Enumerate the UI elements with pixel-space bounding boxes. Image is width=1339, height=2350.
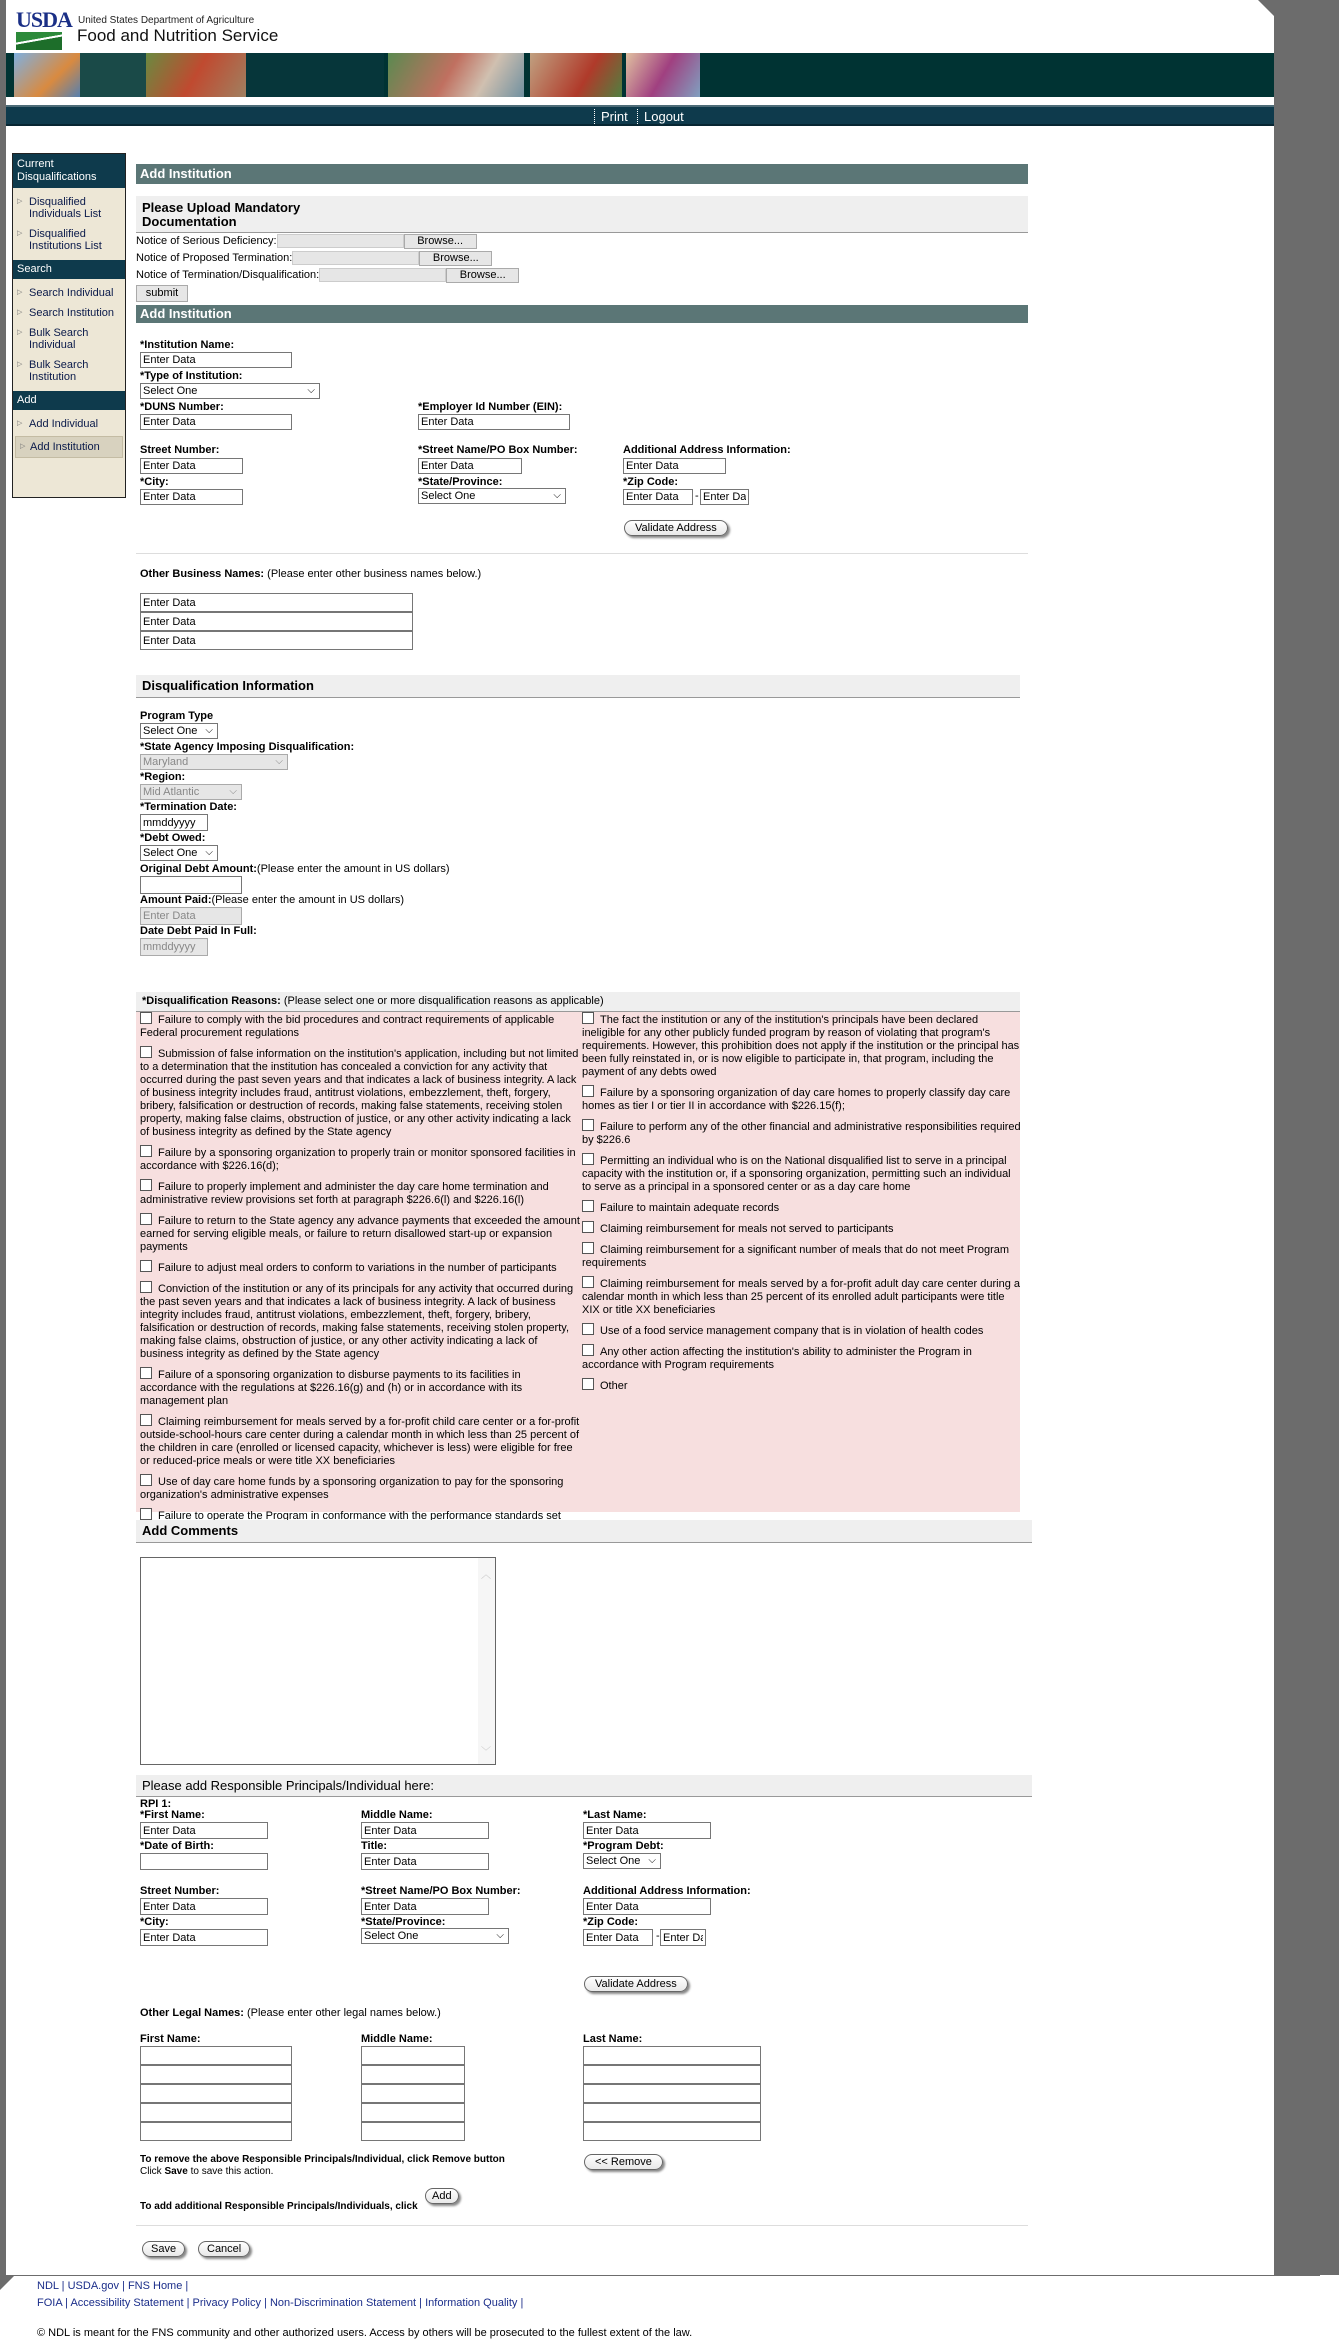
other-business-name-input[interactable] [140,631,413,650]
chevron-down-icon: ⌵ [229,785,237,799]
rpi-additional-address-input[interactable] [583,1898,711,1915]
remove-instruction-text: To remove the above Responsible Principa… [140,2154,505,2166]
legal-middle-name-input[interactable] [361,2084,465,2103]
chevron-down-icon: ⌵ [307,384,315,398]
reason-item: Failure to maintain adequate records [582,1200,1022,1215]
city-input[interactable] [140,489,243,505]
label-text: Original Debt Amount: [140,863,257,875]
last-name-input[interactable] [583,1822,711,1839]
file-upload-serious-deficiency: Notice of Serious Deficiency:Browse... [136,234,477,249]
reason-item: Claiming reimbursement for a significant… [582,1242,1022,1270]
label-text: Other Legal Names: [140,2007,244,2019]
additional-address-label: Additional Address Information: [623,444,791,457]
reason-checkbox[interactable] [582,1085,594,1097]
reason-label: Other [600,1380,628,1392]
validate-address-button[interactable]: Validate Address [624,520,728,536]
program-type-select[interactable]: Select One⌵ [140,723,218,739]
legal-middle-name-input[interactable] [361,2046,465,2065]
file-label: Notice of Termination/Disqualification: [136,269,319,281]
footer-link[interactable]: USDA.gov [68,2280,119,2292]
banner-photo [626,53,700,97]
street-name-input[interactable] [418,458,522,474]
duns-label: *DUNS Number: [140,401,224,414]
legal-last-name-input[interactable] [583,2065,761,2084]
rpi-street-number-input[interactable] [140,1898,268,1915]
reason-checkbox[interactable] [140,1414,152,1426]
legal-last-name-input[interactable] [583,2046,761,2065]
reason-item: Claiming reimbursement for meals not ser… [582,1221,1022,1236]
footer-separator: | [517,2297,523,2309]
footer-link[interactable]: Privacy Policy [193,2297,261,2309]
hint-text: (Please enter the amount in US dollars) [212,894,405,906]
logo-swoosh-icon [16,32,62,50]
program-type-label: Program Type [140,710,213,723]
sidebar-item-add-institution[interactable]: Add Institution [15,436,123,458]
sidebar-item-bulk-search-individual[interactable]: Bulk Search Individual [13,323,125,355]
zip-extension-input[interactable] [700,489,749,505]
banner-photo [530,53,622,97]
sidebar-item-search-institution[interactable]: Search Institution [13,303,125,323]
street-number-input[interactable] [140,458,243,474]
footer-separator: | [416,2297,425,2309]
amount-paid-input[interactable] [140,907,242,925]
additional-address-input[interactable] [623,458,726,474]
reason-label: Failure of a sponsoring organization to … [140,1369,522,1407]
date-paid-label: Date Debt Paid In Full: [140,925,257,938]
sidebar-item-bulk-search-institution[interactable]: Bulk Search Institution [13,355,125,387]
reason-checkbox[interactable] [582,1378,594,1390]
reason-item: Use of day care home funds by a sponsori… [140,1474,580,1502]
disqualification-reasons-panel: *Disqualification Reasons: (Please selec… [136,992,1020,1512]
file-path-input[interactable] [277,234,404,248]
select-value: Select One [143,847,197,859]
instruction-emphasis: Save [164,2166,187,2177]
sidebar-item-search-individual[interactable]: Search Individual [13,283,125,303]
original-debt-label: Original Debt Amount:(Please enter the a… [140,863,450,875]
rpi-city-label: *City: [140,1916,169,1929]
rpi-zip-code-input[interactable] [583,1929,653,1946]
scroll-up-icon[interactable]: ︿ [481,1566,491,1581]
reason-label: Failure to return to the State agency an… [140,1215,580,1253]
select-value: Select One [143,385,197,397]
institution-name-label: *Institution Name: [140,339,234,352]
reason-label: Any other action affecting the instituti… [582,1346,972,1371]
ein-label: *Employer Id Number (EIN): [418,401,562,414]
region-select[interactable]: Mid Atlantic⌵ [140,784,242,800]
duns-input[interactable] [140,414,292,430]
section-title-disqualification-information: Disqualification Information [136,675,1020,698]
copyright-notice: © NDL is meant for the FNS community and… [37,2327,692,2339]
reason-checkbox[interactable] [582,1221,594,1233]
hint-text: (Please enter other business names below… [267,568,481,580]
ein-input[interactable] [418,414,570,430]
first-name-label: *First Name: [140,1809,205,1822]
middle-name-input[interactable] [361,1822,489,1839]
agency-name: Food and Nutrition Service [77,26,278,46]
amount-paid-label: Amount Paid:(Please enter the amount in … [140,894,404,906]
reason-label: Use of day care home funds by a sponsori… [140,1476,563,1501]
reason-label: Failure to comply with the bid procedure… [140,1014,554,1039]
chevron-down-icon: ⌵ [205,724,213,738]
state-agency-label: *State Agency Imposing Disqualification: [140,741,354,754]
first-name-input[interactable] [140,1822,268,1839]
reason-item: Failure by a sponsoring organization of … [582,1085,1022,1113]
footer-link[interactable]: FNS Home [128,2280,182,2292]
hint-text: (Please enter the amount in US dollars) [257,863,450,875]
legal-first-name-input[interactable] [140,2122,292,2141]
usda-logo[interactable]: USDA [16,10,70,48]
title-label: Title: [361,1840,387,1853]
legal-middle-name-input[interactable] [361,2065,465,2084]
other-business-names-label: Other Business Names: (Please enter othe… [140,568,481,580]
reason-item: Use of a food service management company… [582,1323,1022,1338]
reasons-left-column: Failure to comply with the bid procedure… [140,1012,580,1542]
remove-button[interactable]: << Remove [584,2154,663,2170]
sidebar-section-search: Search [13,260,125,279]
reason-item: The fact the institution or any of the i… [582,1012,1022,1079]
file-path-input[interactable] [319,268,446,282]
hint-text: (Please enter other legal names below.) [247,2007,441,2019]
submit-button[interactable]: submit [136,285,188,302]
reason-label: Claiming reimbursement for meals served … [140,1416,579,1467]
select-value: Select One [143,725,197,737]
footer-link[interactable]: Information Quality [425,2297,517,2309]
instruction-text: Click [140,2166,164,2177]
top-nav-bar: Print Logout [6,105,1274,126]
save-button[interactable]: Save [142,2241,185,2257]
legal-first-name-input[interactable] [140,2065,292,2084]
state-select[interactable]: Select One⌵ [418,488,566,504]
add-principal-button[interactable]: Add [425,2188,459,2204]
reason-checkbox[interactable] [140,1145,152,1157]
sidebar: Current Disqualifications Disqualified I… [12,153,126,498]
footer-separator: | [184,2297,193,2309]
rpi-city-input[interactable] [140,1929,268,1946]
footer-link[interactable]: Non-Discrimination Statement [270,2297,416,2309]
page-gutter-right [1274,0,1339,2275]
reason-label: Failure to perform any of the other fina… [582,1121,1021,1146]
section-title-add-institution: Add Institution [136,305,1028,323]
reason-item: Failure to perform any of the other fina… [582,1119,1022,1147]
remove-instructions: To remove the above Responsible Principa… [140,2154,505,2178]
sidebar-section-current-disqualifications: Current Disqualifications [13,154,125,188]
street-name-label: *Street Name/PO Box Number: [418,444,578,457]
banner-photo [146,53,246,97]
program-debt-select[interactable]: Select One⌵ [583,1853,661,1869]
section-title-add-comments: Add Comments [136,1520,1032,1543]
reason-label: Claiming reimbursement for meals not ser… [600,1223,893,1235]
reason-label: Failure to properly implement and admini… [140,1181,549,1206]
street-number-label: Street Number: [140,444,219,457]
logout-link[interactable]: Logout [637,109,684,124]
reason-checkbox[interactable] [582,1242,594,1254]
file-upload-proposed-termination: Notice of Proposed Termination:Browse... [136,251,492,266]
debt-owed-select[interactable]: Select One⌵ [140,845,218,861]
browse-button[interactable]: Browse... [404,234,477,249]
other-legal-names-label: Other Legal Names: (Please enter other l… [140,2007,441,2019]
reason-item: Failure to comply with the bid procedure… [140,1012,580,1040]
date-paid-input[interactable] [140,938,208,956]
institution-type-label: *Type of Institution: [140,370,242,383]
divider [136,553,1028,554]
page-corner [1258,0,1274,16]
reason-label: Failure by a sponsoring organization to … [140,1147,576,1172]
page-gutter-left [0,0,6,2275]
reason-checkbox[interactable] [140,1508,152,1520]
debt-owed-label: *Debt Owed: [140,832,205,845]
reason-checkbox[interactable] [140,1213,152,1225]
legal-last-name-input[interactable] [583,2103,761,2122]
select-value: Select One [364,1930,418,1942]
other-business-name-input[interactable] [140,593,413,612]
dob-input[interactable] [140,1853,268,1870]
banner-utensils-icon [246,53,384,97]
reason-label: Failure to maintain adequate records [600,1202,779,1214]
reason-item: Submission of false information on the i… [140,1046,580,1139]
rpi-state-select[interactable]: Select One⌵ [361,1928,509,1944]
page-corner [0,2276,14,2290]
reasons-header: *Disqualification Reasons: (Please selec… [136,992,1020,1012]
legal-first-name-label: First Name: [140,2033,201,2046]
sidebar-item-add-individual[interactable]: Add Individual [13,414,125,434]
chevron-down-icon: ⌵ [205,846,213,860]
department-name: United States Department of Agriculture [78,15,254,26]
rpi-additional-address-label: Additional Address Information: [583,1885,751,1898]
reason-item: Any other action affecting the instituti… [582,1344,1022,1372]
hint-text: (Please select one or more disqualificat… [284,995,604,1007]
upload-heading: Please Upload Mandatory Documentation [142,201,322,229]
reason-checkbox[interactable] [140,1012,152,1024]
reason-checkbox[interactable] [582,1344,594,1356]
reason-checkbox[interactable] [582,1153,594,1165]
rpi-validate-address-button[interactable]: Validate Address [584,1976,688,1992]
reason-item: Conviction of the institution or any of … [140,1281,580,1361]
browse-button[interactable]: Browse... [419,251,492,266]
reason-label: Claiming reimbursement for a significant… [582,1244,1009,1269]
reason-item: Claiming reimbursement for meals served … [140,1414,580,1468]
section-title-responsible-principals: Please add Responsible Principals/Indivi… [136,1775,1032,1797]
reason-checkbox[interactable] [140,1281,152,1293]
footer-separator: | [261,2297,270,2309]
rpi-zip-extension-input[interactable] [660,1929,706,1946]
reason-label: Failure by a sponsoring organization of … [582,1087,1010,1112]
sidebar-item-disqualified-institutions-list[interactable]: Disqualified Institutions List [13,224,125,256]
zip-separator: - [695,490,699,502]
reason-checkbox[interactable] [140,1474,152,1486]
zip-label: *Zip Code: [623,476,678,489]
legal-middle-name-label: Middle Name: [361,2033,433,2046]
banner-photo [14,53,80,97]
state-agency-select[interactable]: Maryland⌵ [140,754,288,770]
reason-label: Conviction of the institution or any of … [140,1283,573,1360]
rpi-zip-label: *Zip Code: [583,1916,638,1929]
reason-label: The fact the institution or any of the i… [582,1014,1019,1078]
print-link[interactable]: Print [594,109,628,124]
section-title-text: Please add Responsible Principals/Indivi… [142,1778,434,1793]
reason-checkbox[interactable] [140,1179,152,1191]
reason-checkbox[interactable] [582,1200,594,1212]
label-text: *Disqualification Reasons: [142,995,281,1007]
file-label: Notice of Serious Deficiency: [136,235,277,247]
textarea-scrollbar[interactable]: ︿ ﹀ [478,1558,495,1764]
reason-checkbox[interactable] [140,1260,152,1272]
instruction-text: to save this action. [188,2166,274,2177]
cancel-button[interactable]: Cancel [198,2241,250,2257]
select-value: Mid Atlantic [143,786,199,798]
label-text: Amount Paid: [140,894,212,906]
program-debt-label: *Program Debt: [583,1840,664,1853]
footer-links-primary: NDL | USDA.gov | FNS Home | [37,2280,188,2292]
reason-item: Other [582,1378,1022,1393]
footer-link[interactable]: Accessibility Statement [70,2297,183,2309]
reason-checkbox[interactable] [582,1012,594,1024]
sidebar-item-disqualified-individuals-list[interactable]: Disqualified Individuals List [13,192,125,224]
region-label: *Region: [140,771,185,784]
footer-link[interactable]: NDL [37,2280,59,2292]
rpi-street-number-label: Street Number: [140,1885,219,1898]
select-value: Maryland [143,756,188,768]
institution-name-input[interactable] [140,352,292,368]
page-title: Add Institution [136,164,1028,184]
reason-item: Claiming reimbursement for meals served … [582,1276,1022,1317]
zip-code-input[interactable] [623,489,693,505]
reasons-right-column: The fact the institution or any of the i… [582,1012,1022,1399]
reason-label: Use of a food service management company… [600,1325,983,1337]
file-path-input[interactable] [292,251,419,265]
reason-checkbox[interactable] [582,1119,594,1131]
footer-separator: | [119,2280,128,2292]
footer-links-secondary: FOIA | Accessibility Statement | Privacy… [37,2297,523,2309]
institution-type-select[interactable]: Select One⌵ [140,383,320,399]
select-value: Select One [586,1855,640,1867]
reason-checkbox[interactable] [582,1323,594,1335]
legal-first-name-input[interactable] [140,2084,292,2103]
sidebar-section-add: Add [13,391,125,410]
reason-item: Failure by a sponsoring organization to … [140,1145,580,1173]
reason-label: Submission of false information on the i… [140,1048,578,1138]
chevron-down-icon: ⌵ [275,755,283,769]
reason-item: Failure to adjust meal orders to conform… [140,1260,580,1275]
original-debt-input[interactable] [140,876,242,894]
add-instruction: To add additional Responsible Principals… [140,2201,418,2212]
upload-section-header: Please Upload Mandatory Documentation [136,196,1028,233]
reason-label: Failure to adjust meal orders to conform… [158,1262,557,1274]
legal-last-name-input[interactable] [583,2084,761,2103]
logo-text: USDA [16,10,70,30]
last-name-label: *Last Name: [583,1809,647,1822]
termination-date-input[interactable] [140,814,208,831]
divider [136,2225,1028,2226]
reason-item: Failure to return to the State agency an… [140,1213,580,1254]
chevron-down-icon: ⌵ [648,1854,656,1868]
legal-first-name-input[interactable] [140,2103,292,2122]
other-business-name-input[interactable] [140,612,413,631]
reason-item: Failure of a sponsoring organization to … [140,1367,580,1408]
reason-item: Permitting an individual who is on the N… [582,1153,1022,1194]
main-content: Add Institution Please Upload Mandatory … [136,164,1028,184]
dob-label: *Date of Birth: [140,1840,214,1853]
banner-photo [388,53,524,97]
legal-last-name-input[interactable] [583,2122,761,2141]
select-value: Select One [421,490,475,502]
reason-checkbox[interactable] [140,1046,152,1058]
rpi-street-name-input[interactable] [361,1898,489,1915]
comments-textarea[interactable]: ︿ ﹀ [140,1557,496,1765]
rpi-street-name-label: *Street Name/PO Box Number: [361,1885,521,1898]
header-banner [6,53,1274,97]
legal-last-name-label: Last Name: [583,2033,642,2046]
file-upload-termination-disqualification: Notice of Termination/Disqualification:B… [136,268,519,283]
banner-stairs-icon [80,53,146,97]
reason-checkbox[interactable] [582,1276,594,1288]
legal-middle-name-input[interactable] [361,2103,465,2122]
footer-separator: | [59,2280,68,2292]
middle-name-label: Middle Name: [361,1809,433,1822]
reason-label: Permitting an individual who is on the N… [582,1155,1011,1193]
scroll-down-icon[interactable]: ﹀ [481,1743,491,1758]
termination-date-label: *Termination Date: [140,801,237,814]
legal-middle-name-input[interactable] [361,2122,465,2141]
chevron-down-icon: ⌵ [496,1929,504,1943]
file-label: Notice of Proposed Termination: [136,252,292,264]
other-legal-names-grid [136,2046,1028,2141]
label-text: Other Business Names: [140,568,264,580]
reason-checkbox[interactable] [140,1367,152,1379]
page-bottom-border [0,2275,1320,2276]
reason-label: Claiming reimbursement for meals served … [582,1278,1020,1316]
title-input[interactable] [361,1853,489,1870]
browse-button[interactable]: Browse... [446,268,519,283]
reason-item: Failure to properly implement and admini… [140,1179,580,1207]
footer-link[interactable]: FOIA [37,2297,62,2309]
city-label: *City: [140,476,169,489]
chevron-down-icon: ⌵ [553,489,561,503]
legal-first-name-input[interactable] [140,2046,292,2065]
footer-separator: | [182,2280,188,2292]
